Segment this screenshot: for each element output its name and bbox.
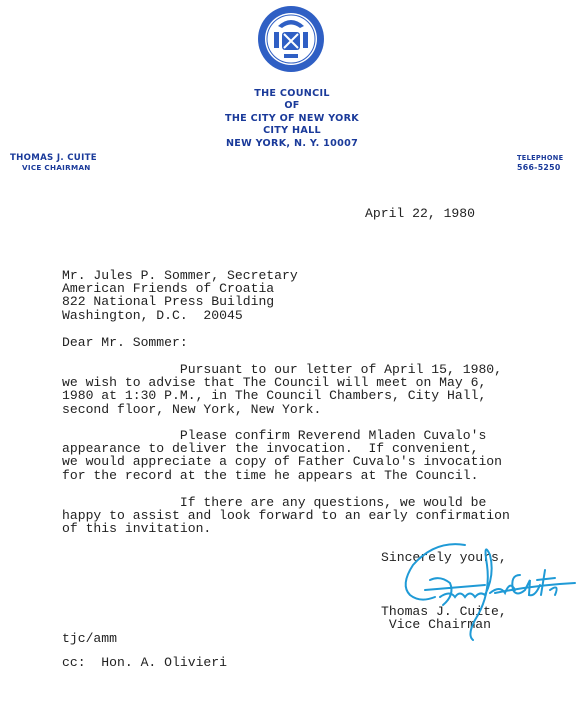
carbon-copy: cc: Hon. A. Olivieri [62, 656, 227, 669]
address-line: 822 National Press Building [62, 295, 298, 308]
paragraph-1: Pursuant to our letter of April 15, 1980… [62, 363, 502, 416]
org-line: THE CITY OF NEW YORK [0, 113, 584, 125]
text-line: for the record at the time he appears at… [62, 469, 502, 482]
nyc-seal-icon [256, 4, 326, 74]
text-line: of this invitation. [62, 522, 510, 535]
letterhead-sender: THOMAS J. CUITE VICE CHAIRMAN [10, 153, 97, 173]
telephone-number: 566-5250 [517, 163, 563, 173]
letterhead-organization: THE COUNCIL OF THE CITY OF NEW YORK CITY… [0, 88, 584, 150]
reference-initials: tjc/amm [62, 632, 117, 645]
closing: Sincerely yours, [381, 551, 507, 564]
recipient-address: Mr. Jules P. Sommer, SecretaryAmerican F… [62, 269, 298, 322]
org-line: OF [0, 100, 584, 112]
signer-title: Vice Chairman [381, 618, 507, 631]
org-line: THE COUNCIL [0, 88, 584, 100]
letterhead-telephone: TELEPHONE 566-5250 [517, 153, 563, 173]
paragraph-3: If there are any questions, we would beh… [62, 496, 510, 536]
text-line: second floor, New York, New York. [62, 403, 502, 416]
org-line: NEW YORK, N. Y. 10007 [0, 138, 584, 150]
address-line: Washington, D.C. 20045 [62, 309, 298, 322]
signer-block: Thomas J. Cuite, Vice Chairman [381, 605, 507, 631]
sender-name: THOMAS J. CUITE [10, 153, 97, 163]
telephone-label: TELEPHONE [517, 154, 563, 162]
salutation: Dear Mr. Sommer: [62, 336, 188, 349]
sender-title: VICE CHAIRMAN [10, 163, 97, 173]
text-line: 1980 at 1:30 P.M., in The Council Chambe… [62, 389, 502, 402]
paragraph-2: Please confirm Reverend Mladen Cuvalo'sa… [62, 429, 502, 482]
org-line: CITY HALL [0, 125, 584, 137]
text-line: we would appreciate a copy of Father Cuv… [62, 455, 502, 468]
letter-date: April 22, 1980 [365, 207, 475, 220]
